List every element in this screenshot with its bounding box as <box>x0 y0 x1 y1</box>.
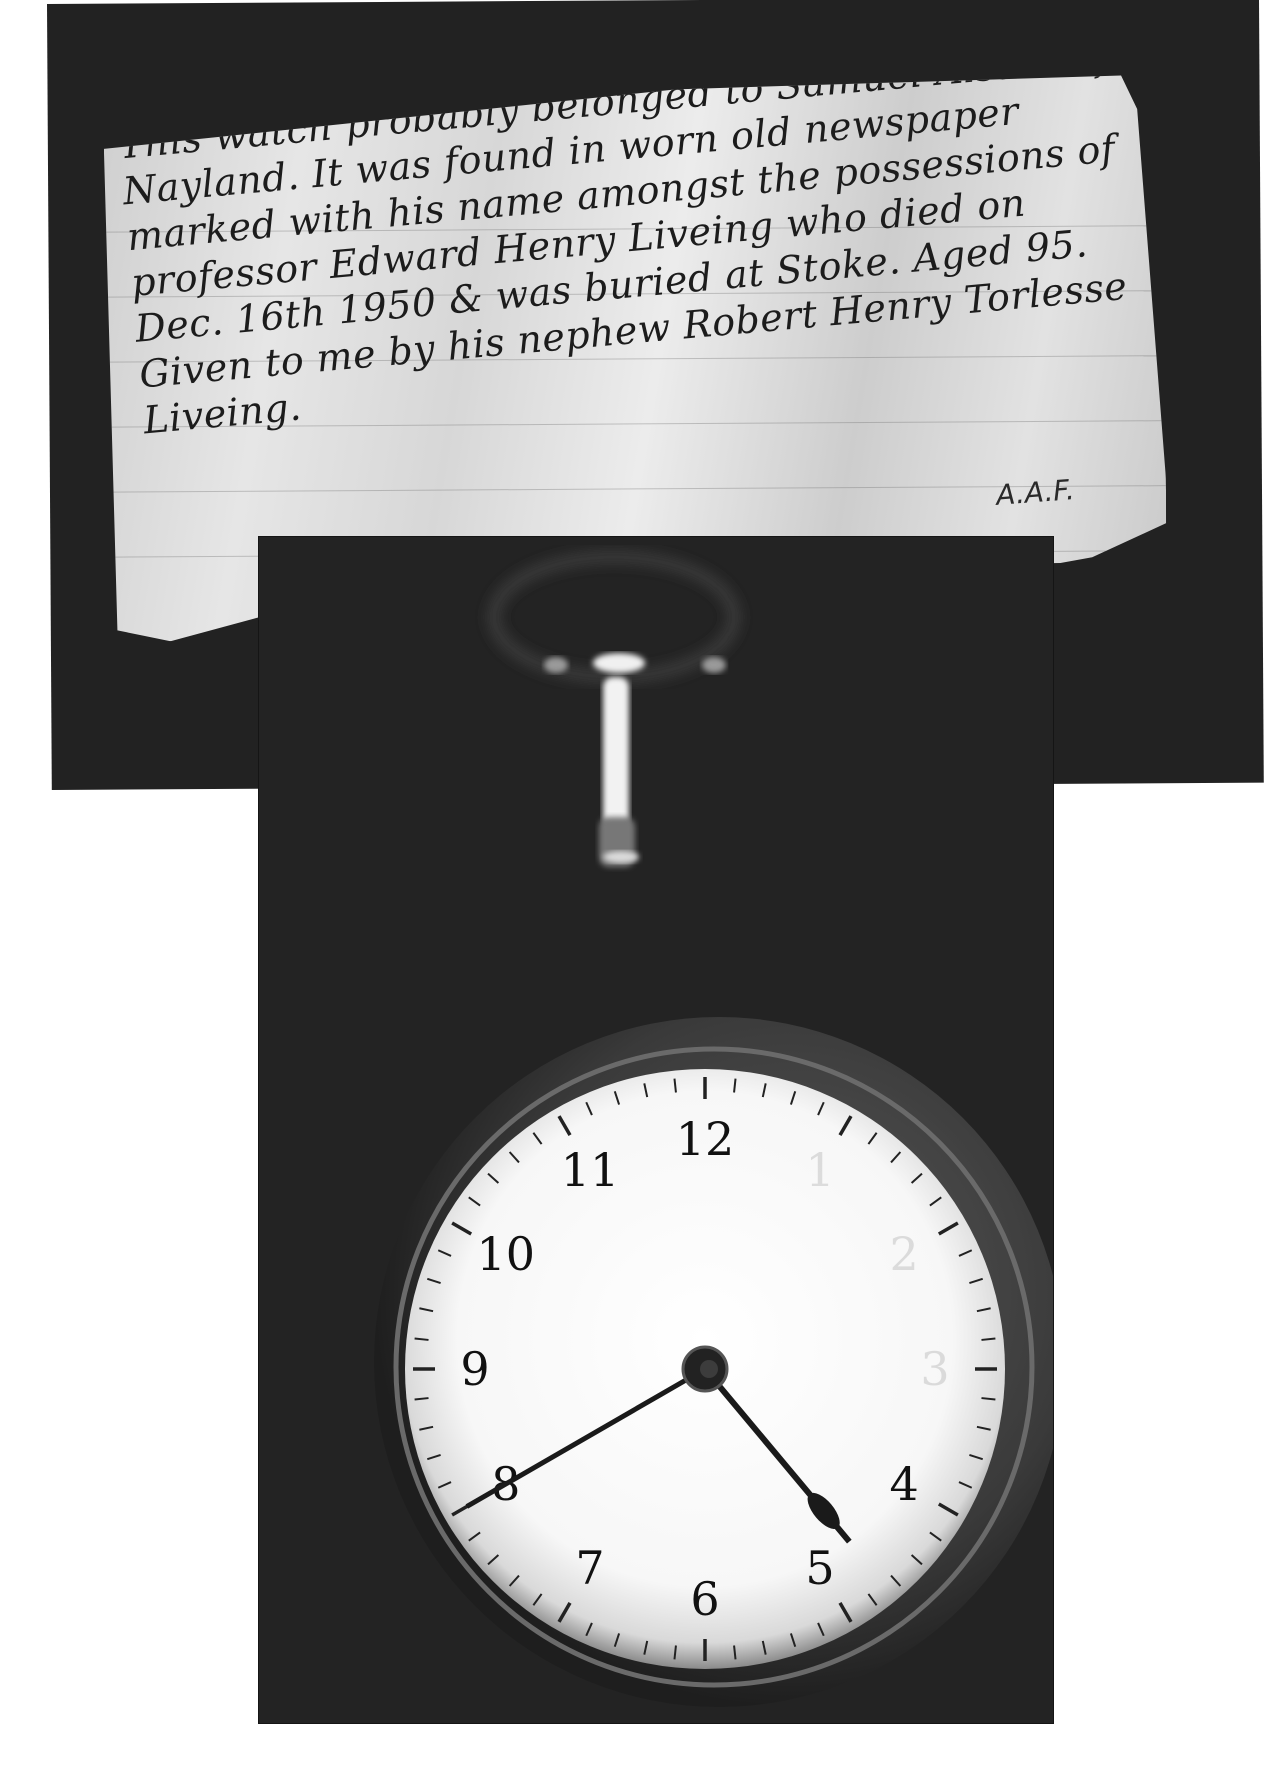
note-signature: A.A.F. <box>995 473 1076 512</box>
hour-numeral: 10 <box>477 1227 536 1281</box>
pocket-watch: 121234567891011 <box>259 537 1053 1723</box>
note-text: This watch probably belonged to Samuel A… <box>117 33 1142 443</box>
hour-numeral: 12 <box>676 1112 735 1166</box>
hour-numeral: 7 <box>575 1541 604 1595</box>
hour-numeral: 9 <box>460 1342 489 1396</box>
hour-numeral: 4 <box>890 1457 919 1511</box>
watch-bow-icon <box>494 557 734 867</box>
hour-numeral: 5 <box>805 1541 834 1595</box>
hour-numeral: 1 <box>805 1143 834 1197</box>
hour-numeral: 11 <box>561 1143 620 1197</box>
hour-numeral: 2 <box>890 1227 919 1281</box>
hour-numeral: 3 <box>920 1342 949 1396</box>
watch-photograph: 121234567891011 <box>259 537 1053 1723</box>
hour-numeral: 6 <box>690 1572 719 1626</box>
